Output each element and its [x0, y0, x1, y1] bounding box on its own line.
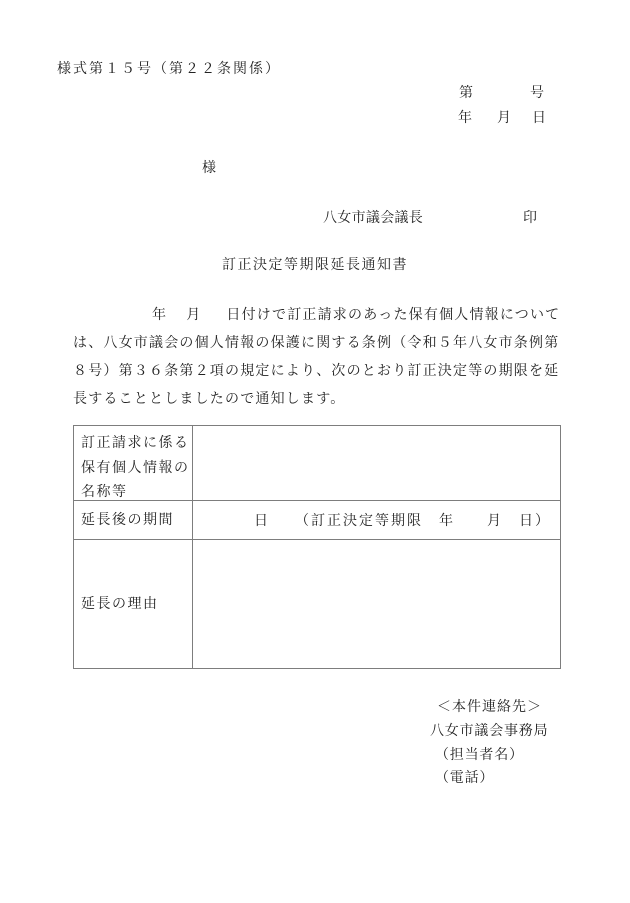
issuer-title: 八女市議会議長 [323, 207, 423, 227]
body-line-1: 年月日付けで訂正請求のあった保有個人情報について [73, 301, 567, 329]
table-label-extension-reason: 延長の理由 [74, 540, 193, 668]
table-label-target-info: 訂正請求に係る保有個人情報の名称等 [74, 426, 193, 500]
addressee-honorific: 様 [202, 157, 216, 177]
table-value-extended-period: 日 （訂正決定等期限 年 月 日） [193, 501, 560, 539]
doc-number-prefix: 第 [459, 82, 473, 102]
form-number: 様式第１５号（第２２条関係） [57, 58, 281, 78]
header-date-month: 月 [497, 107, 511, 127]
table-row: 延長後の期間 日 （訂正決定等期限 年 月 日） [74, 500, 560, 539]
seal-placeholder: 印 [523, 207, 537, 227]
contact-block: ＜本件連絡先＞ 八女市議会事務局 （担当者名） （電話） [430, 696, 548, 791]
doc-number-suffix: 号 [530, 82, 544, 102]
body-line-4: 長することとしましたので通知します。 [73, 385, 567, 413]
body-paragraph: 年月日付けで訂正請求のあった保有個人情報について は、八女市議会の個人情報の保護… [73, 301, 567, 413]
contact-person: （担当者名） [435, 744, 548, 768]
header-date-year: 年 [458, 107, 472, 127]
contact-office: 八女市議会事務局 [430, 720, 548, 744]
extension-table: 訂正請求に係る保有個人情報の名称等 延長後の期間 日 （訂正決定等期限 年 月 … [73, 425, 561, 669]
table-label-extended-period: 延長後の期間 [74, 501, 193, 539]
body-line-1-text: 日付けで訂正請求のあった保有個人情報について [226, 307, 560, 323]
header-date-day: 日 [532, 107, 546, 127]
table-value-extension-reason [193, 540, 560, 668]
body-date-month: 月 [186, 307, 201, 323]
table-row: 訂正請求に係る保有個人情報の名称等 [74, 426, 560, 500]
contact-heading: ＜本件連絡先＞ [437, 696, 548, 720]
table-value-target-info [193, 426, 560, 500]
document-page: 様式第１５号（第２２条関係） 第 号 年 月 日 様 八女市議会議長 印 訂正決… [0, 0, 630, 903]
document-title: 訂正決定等期限延長通知書 [0, 254, 630, 274]
contact-phone: （電話） [435, 767, 548, 791]
body-line-3: ８号）第３６条第２項の規定により、次のとおり訂正決定等の期限を延 [73, 357, 567, 385]
table-row: 延長の理由 [74, 539, 560, 668]
body-date-year: 年 [152, 307, 167, 323]
body-line-2: は、八女市議会の個人情報の保護に関する条例（令和５年八女市条例第 [73, 329, 567, 357]
